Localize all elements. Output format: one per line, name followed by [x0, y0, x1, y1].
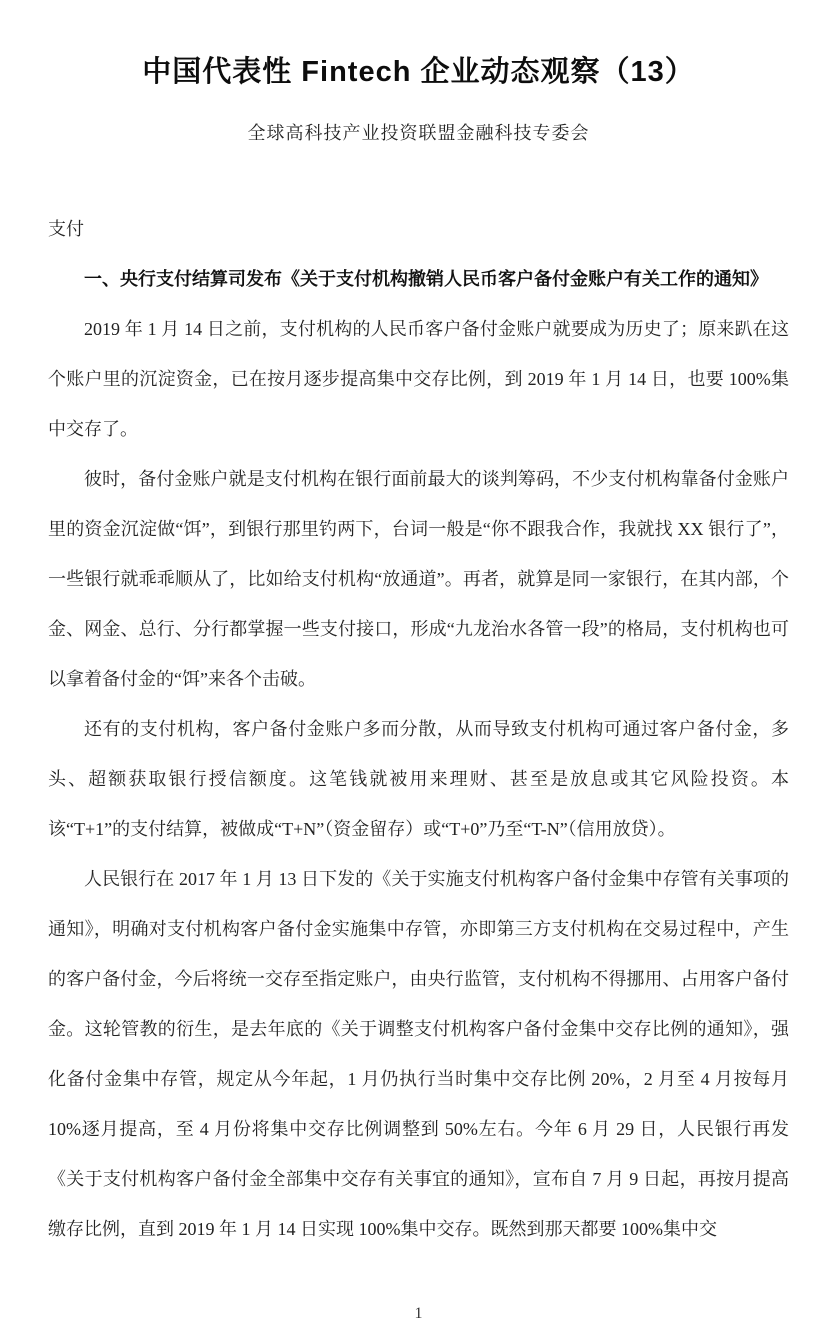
document-body: 支付 一、央行支付结算司发布《关于支付机构撤销人民币客户备付金账户有关工作的通知…: [48, 204, 789, 1254]
section-label: 支付: [48, 204, 789, 254]
section-heading: 一、央行支付结算司发布《关于支付机构撤销人民币客户备付金账户有关工作的通知》: [48, 254, 789, 304]
paragraph-1: 2019 年 1 月 14 日之前，支付机构的人民币客户备付金账户就要成为历史了…: [48, 304, 789, 454]
paragraph-2: 彼时，备付金账户就是支付机构在银行面前最大的谈判筹码，不少支付机构靠备付金账户里…: [48, 454, 789, 704]
page-number: 1: [0, 1305, 837, 1323]
paragraph-3: 还有的支付机构，客户备付金账户多而分散，从而导致支付机构可通过客户备付金，多头、…: [48, 704, 789, 854]
paragraph-4: 人民银行在 2017 年 1 月 13 日下发的《关于实施支付机构客户备付金集中…: [48, 854, 789, 1254]
page-subtitle: 全球高科技产业投资联盟金融科技专委会: [0, 122, 837, 144]
document-page: 中国代表性 Fintech 企业动态观察（13） 全球高科技产业投资联盟金融科技…: [0, 0, 837, 1331]
page-title: 中国代表性 Fintech 企业动态观察（13）: [0, 0, 837, 92]
